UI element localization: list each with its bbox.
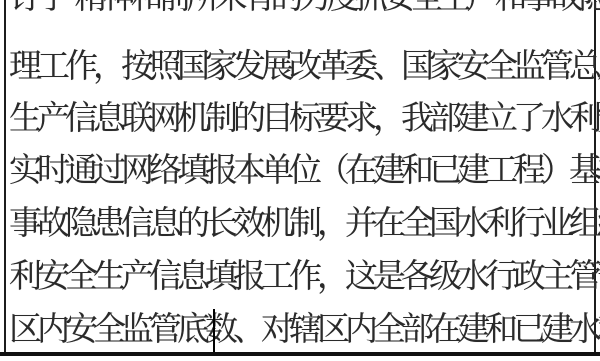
text-cursor: [213, 309, 215, 352]
text-line[interactable]: 区内安全监管底数、对辖区内全部在建和已建水利: [9, 310, 600, 350]
document-page: 钉子”精神和前所未有的力度抓安全生产和事故隐 理工作，按照国家发展改革委、国家安…: [0, 0, 600, 361]
text-line[interactable]: 实时通过网络填报本单位（在建和已建工程）基本: [9, 151, 600, 191]
bottom-border-rule: [0, 352, 600, 356]
text-line[interactable]: 理工作，按照国家发展改革委、国家安全监管总局: [9, 47, 600, 87]
text-line[interactable]: 事故隐患信息的长效机制，并在全国水利行业组织: [9, 204, 600, 244]
left-border-rule: [4, 0, 6, 352]
text-line[interactable]: 生产信息联网机制的目标要求，我部建立了水利安: [9, 99, 600, 139]
text-line[interactable]: 钉子”精神和前所未有的力度抓安全生产和事故隐: [9, 0, 600, 18]
text-line[interactable]: 利安全生产信息填报工作，这是各级水行政主管部: [9, 257, 600, 297]
